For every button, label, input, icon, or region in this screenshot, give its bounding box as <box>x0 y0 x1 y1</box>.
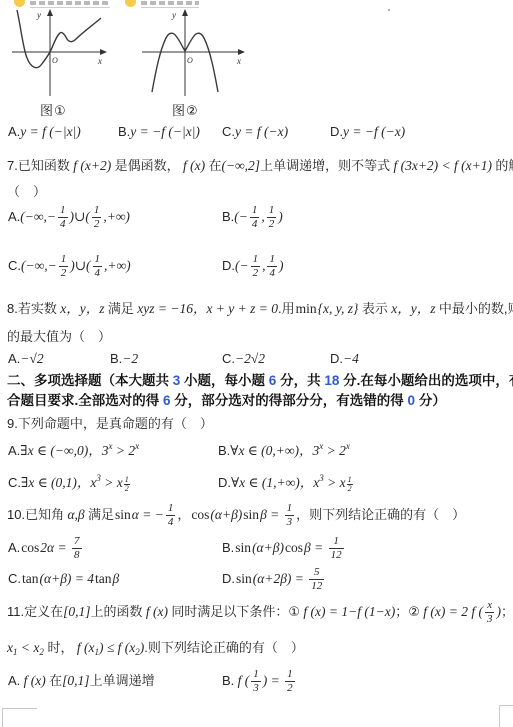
q6-option-b: B.y = −f (−|x|) <box>118 122 200 141</box>
q7-text-line1: 7.已知函数 f (x+2) 是偶函数， f (x) 在(−∞,2]上单调递增，… <box>7 156 513 175</box>
q6-option-c: C.y = f (−x) <box>222 122 288 141</box>
q7-option-a: A.(−∞,−14)∪(12,+∞) <box>8 202 130 232</box>
q10-text: 10.已知角 α,β 满足sinα = −14，cos(α+β)sinβ = 1… <box>7 500 465 530</box>
figure-2-caption: 图② <box>172 100 199 119</box>
q9-text: 9.下列命题中，是真命题的有（ ） <box>7 414 213 433</box>
page-corner-mark-right <box>499 705 513 727</box>
q8-option-c: C.−2√2 <box>222 349 265 368</box>
section2-heading-line2: 合题目要求.全部选对的得 6 分，部分选对的得部分分，有选错的得 0 分） <box>7 391 446 410</box>
q9-option-c: C.∃x ∈ (0,1)，x3 > x12 <box>8 469 132 493</box>
q9-option-b: B.∀x ∈ (0,+∞)，3x > 2x <box>218 437 350 460</box>
q11-text-line1: 11.定义在[0,1]上的函数 f (x) 同时满足以下条件：① f (x) =… <box>7 597 513 627</box>
stray-dot <box>388 9 390 11</box>
fig2-origin-label: O <box>187 56 193 65</box>
q7-text-line2: （ ） <box>7 182 46 201</box>
fig2-x-axis-label: x <box>236 56 241 66</box>
annotation-text-1 <box>30 1 110 5</box>
q10-option-d: D.sin(α+2β) = 512 <box>222 564 326 594</box>
page-corner-mark-left <box>2 708 37 727</box>
q10-option-c: C.tan(α+β) = 4tanβ <box>8 564 119 594</box>
q10-option-b: B.sin(α+β)cosβ = 112 <box>222 533 346 563</box>
fig1-x-axis-label: x <box>97 56 102 66</box>
q8-option-b: B.−2 <box>110 349 138 368</box>
section2-heading-line1: 二、多项选择题（本大题共 3 小题，每小题 6 分，共 18 分.在每小题给出的… <box>7 371 513 390</box>
q8-option-d: D.−4 <box>330 349 359 368</box>
yellow-marker-icon-2[interactable] <box>125 0 136 7</box>
q9-option-a: A.∃x ∈ (−∞,0)，3x > 2x <box>8 437 139 460</box>
fig1-origin-label: O <box>52 56 58 65</box>
figure-1-caption: 图① <box>40 100 67 119</box>
q7-option-b: B.(−14,12) <box>222 202 283 232</box>
exam-page: y x O 图① y x O 图② A.y = f (−|x|) B.y = −… <box>0 0 513 727</box>
q6-option-d: D.y = −f (−x) <box>330 122 405 141</box>
q8-option-a: A.−√2 <box>8 349 44 368</box>
fig2-y-axis-label: y <box>171 10 176 20</box>
figure-1-graph: y x O <box>10 8 115 100</box>
q11-text-line2: x1 < x2 时， f (x1) ≤ f (x2).则下列结论正确的有（ ） <box>7 638 304 662</box>
figure-2-graph: y x O <box>140 8 250 100</box>
q6-option-a: A.y = f (−|x|) <box>8 122 81 141</box>
fig1-y-axis-label: y <box>36 10 41 20</box>
q8-text-line2: 的最大值为（ ） <box>7 327 111 346</box>
q7-option-c: C.(−∞,−12)∪(14,+∞) <box>8 251 131 281</box>
yellow-marker-icon-1[interactable] <box>14 0 25 7</box>
q10-option-a: A.cos2α = 78 <box>8 533 84 563</box>
q11-option-b: B. f (13) = 12 <box>222 666 297 696</box>
annotation-text-2 <box>141 1 199 5</box>
q11-option-a: A. f (x) 在[0,1]上单调递增 <box>8 666 155 696</box>
q8-text-line1: 8.若实数 x，y，z 满足 xyz = −16，x + y + z = 0.用… <box>7 299 513 318</box>
q9-option-d: D.∀x ∈ (1,+∞)，x3 > x12 <box>218 469 355 493</box>
q7-option-d: D.(−12,14) <box>222 251 283 281</box>
